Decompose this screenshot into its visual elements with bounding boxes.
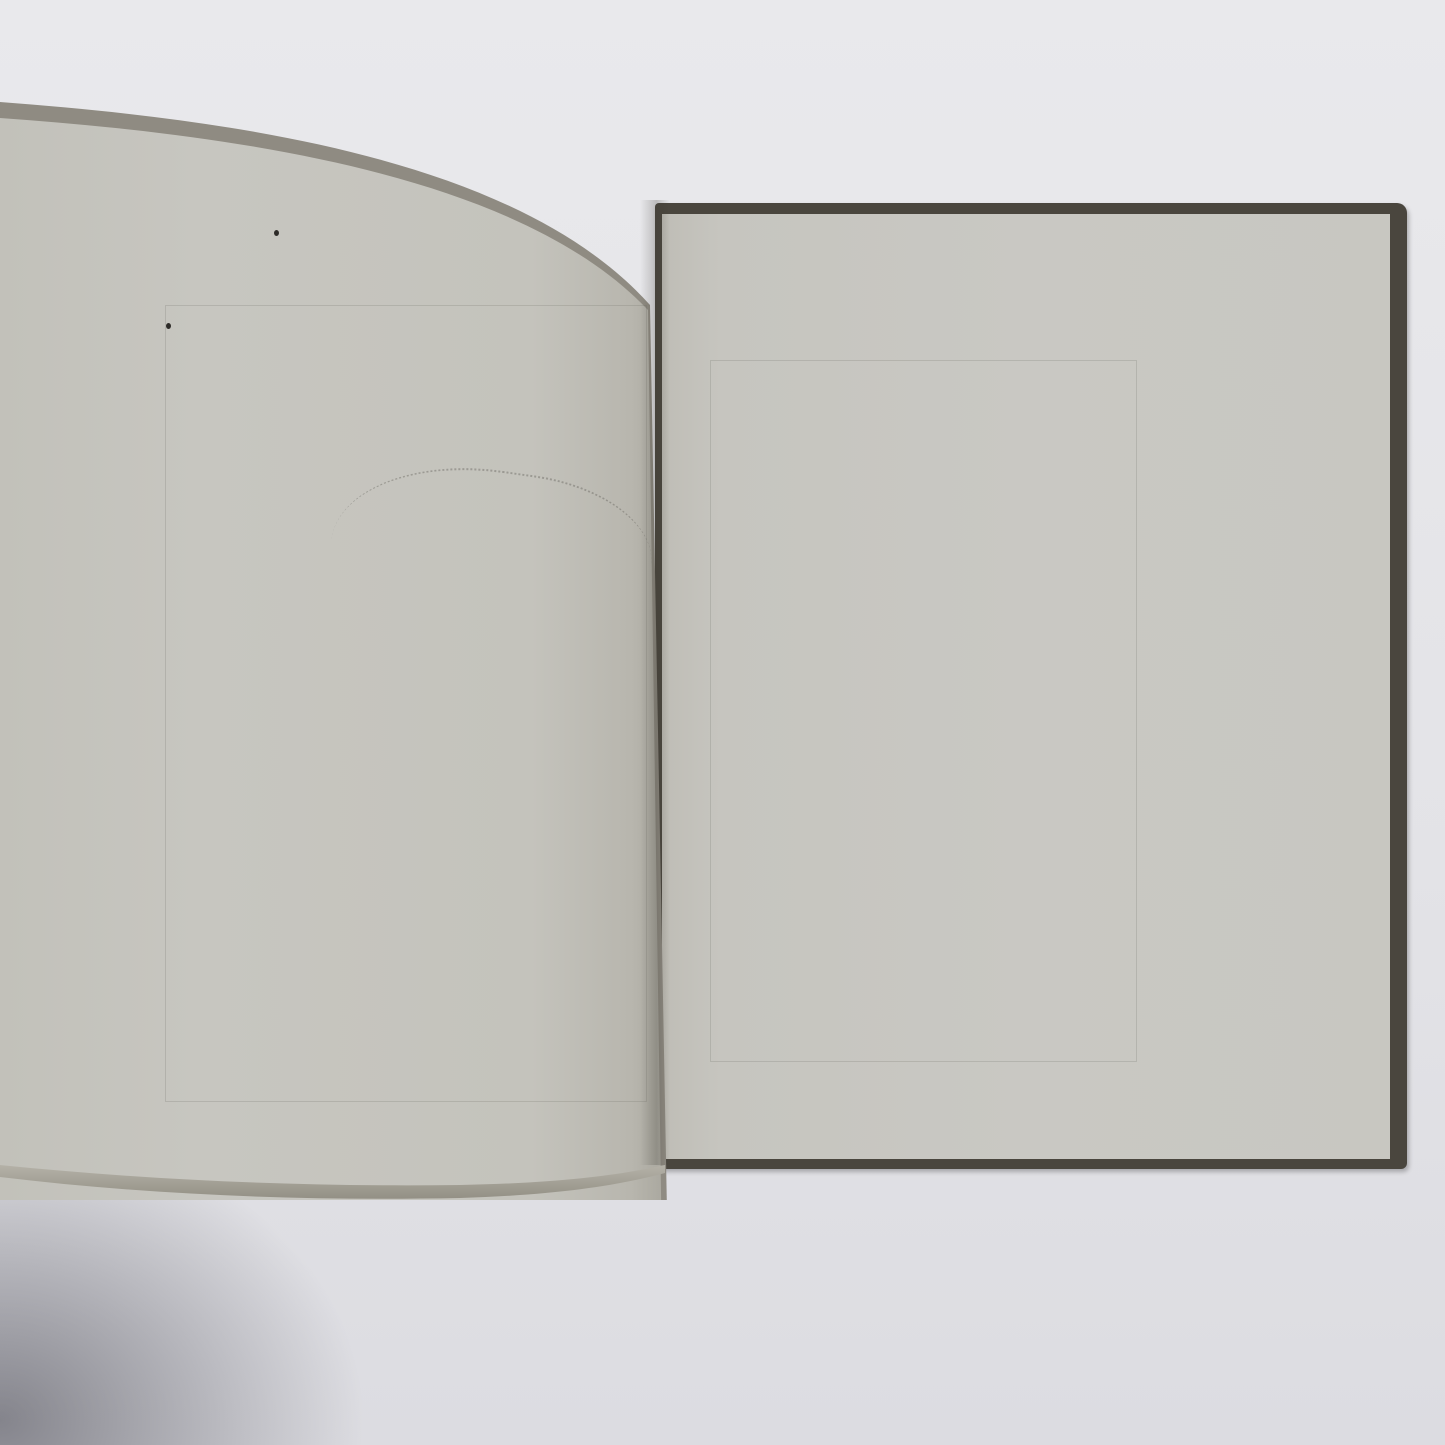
foxing-spot <box>166 323 171 329</box>
left-page-plate-mark <box>165 305 647 1102</box>
right-page-plate-mark <box>710 360 1137 1062</box>
photo-scene <box>0 0 1445 1445</box>
foxing-spot <box>274 230 279 236</box>
book-gutter <box>640 200 670 1165</box>
